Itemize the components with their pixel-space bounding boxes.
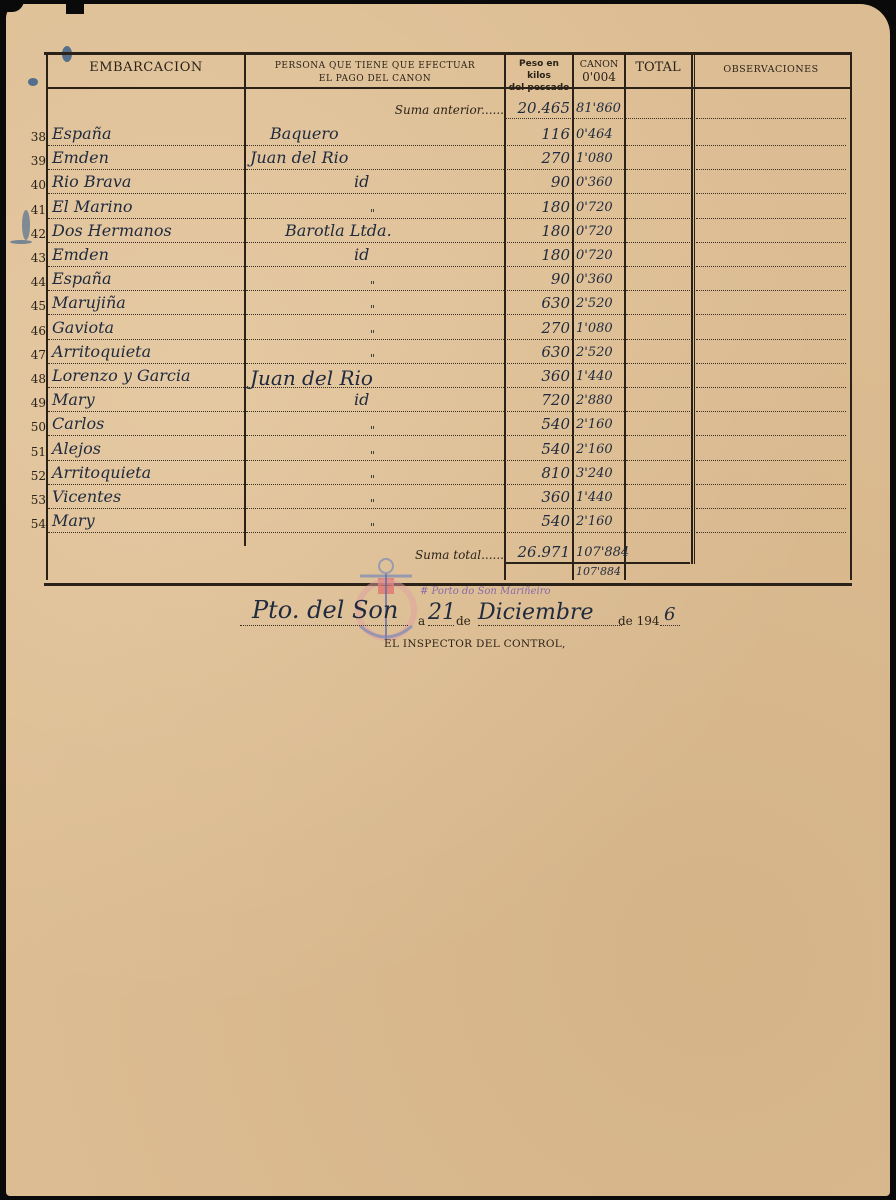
row-number: 54 xyxy=(26,517,46,531)
persona-cell: Baquero xyxy=(270,124,339,143)
row-line xyxy=(626,508,690,509)
row-number: 42 xyxy=(26,227,46,241)
row-line xyxy=(505,218,572,219)
signature-title: EL INSPECTOR DEL CONTROL, xyxy=(384,638,566,650)
row-line xyxy=(48,193,244,194)
peso-cell: 180 xyxy=(506,246,570,264)
embarcacion-cell: Dos Hermanos xyxy=(52,221,172,240)
row-number: 45 xyxy=(26,299,46,313)
canon-cell: 1'440 xyxy=(574,490,626,505)
row-line xyxy=(48,290,244,291)
row-line xyxy=(246,193,504,194)
row-line xyxy=(626,266,690,267)
row-line xyxy=(505,169,572,170)
embarcacion-cell: España xyxy=(52,269,112,288)
row-line xyxy=(48,363,244,364)
day-handwritten: 21 xyxy=(428,600,456,625)
place-handwritten: Pto. del Son xyxy=(252,596,398,624)
row-line xyxy=(48,484,244,485)
row-line xyxy=(505,508,572,509)
row-line xyxy=(246,314,504,315)
row-number: 38 xyxy=(26,130,46,144)
embarcacion-cell: Lorenzo y Garcia xyxy=(52,366,191,385)
row-line xyxy=(696,484,846,485)
embarcacion-cell: Mary xyxy=(52,390,95,409)
row-line xyxy=(573,218,624,219)
peso-cell: 180 xyxy=(506,222,570,240)
persona-cell: id xyxy=(354,245,369,264)
row-line xyxy=(626,242,690,243)
row-line xyxy=(246,290,504,291)
row-line xyxy=(626,387,690,388)
peso-cell: 540 xyxy=(506,512,570,530)
header-persona-line2: EL PAGO DEL CANON xyxy=(246,73,504,86)
header-canon: CANON 0'004 xyxy=(574,58,624,84)
row-line xyxy=(48,145,244,146)
month-handwritten: Diciembre xyxy=(478,600,594,625)
row-line xyxy=(246,532,504,533)
canon-cell: 2'160 xyxy=(574,417,626,432)
row-number: 41 xyxy=(26,203,46,217)
ink-blot xyxy=(28,78,38,86)
row-line xyxy=(626,339,690,340)
peso-cell: 360 xyxy=(506,488,570,506)
row-line xyxy=(626,363,690,364)
row-line xyxy=(505,363,572,364)
row-line xyxy=(246,218,504,219)
peso-cell: 270 xyxy=(506,149,570,167)
row-line xyxy=(626,290,690,291)
embarcacion-cell: Carlos xyxy=(52,414,104,433)
row-line xyxy=(573,484,624,485)
row-line xyxy=(48,532,244,533)
col-rule xyxy=(691,54,693,564)
row-line xyxy=(505,484,572,485)
persona-cell: id xyxy=(354,172,369,191)
row-line xyxy=(246,169,504,170)
peso-cell: 540 xyxy=(506,440,570,458)
row-line xyxy=(573,387,624,388)
canon-cell: 2'520 xyxy=(574,345,626,360)
canon-cell: 0'720 xyxy=(574,248,626,263)
canon-cell: 1'080 xyxy=(574,151,626,166)
peso-cell: 810 xyxy=(506,464,570,482)
row-line xyxy=(573,266,624,267)
total-rule xyxy=(574,562,624,564)
peso-cell: 540 xyxy=(506,415,570,433)
header-persona: PERSONA QUE TIENE QUE EFECTUAR EL PAGO D… xyxy=(246,60,504,86)
canon-final-total: 107'884 xyxy=(574,565,626,578)
row-line xyxy=(505,532,572,533)
row-line xyxy=(246,363,504,364)
row-line xyxy=(696,290,846,291)
row-line xyxy=(246,460,504,461)
row-line xyxy=(626,145,690,146)
row-line xyxy=(696,193,846,194)
row-line xyxy=(246,411,504,412)
embarcacion-cell: Gaviota xyxy=(52,318,114,337)
peso-cell: 630 xyxy=(506,343,570,361)
row-line xyxy=(573,290,624,291)
row-line xyxy=(626,532,690,533)
row-line xyxy=(48,411,244,412)
header-peso-line2: del pescado xyxy=(506,82,572,94)
row-line xyxy=(573,508,624,509)
col-rule xyxy=(46,54,48,580)
row-number: 53 xyxy=(26,493,46,507)
peso-cell: 270 xyxy=(506,319,570,337)
persona-cell: id xyxy=(354,390,369,409)
canon-cell: 1'080 xyxy=(574,321,626,336)
row-line xyxy=(505,435,572,436)
row-line xyxy=(505,193,572,194)
row-line xyxy=(573,314,624,315)
row-line xyxy=(696,339,846,340)
row-line xyxy=(505,460,572,461)
row-line xyxy=(696,314,846,315)
row-line xyxy=(573,193,624,194)
paper-notch xyxy=(66,0,84,14)
row-number: 47 xyxy=(26,348,46,362)
peso-cell: 90 xyxy=(506,173,570,191)
row-line xyxy=(48,218,244,219)
canon-cell: 0'360 xyxy=(574,175,626,190)
row-line xyxy=(48,339,244,340)
row-line xyxy=(696,169,846,170)
header-embarcacion: EMBARCACION xyxy=(48,60,244,75)
row-line xyxy=(696,363,846,364)
row-line xyxy=(246,339,504,340)
row-line xyxy=(48,508,244,509)
suma-anterior-canon: 81'860 xyxy=(574,101,626,116)
row-line xyxy=(626,435,690,436)
row-line xyxy=(696,218,846,219)
embarcacion-cell: Arritoquieta xyxy=(52,342,151,361)
row-line xyxy=(48,460,244,461)
embarcacion-cell: Mary xyxy=(52,511,95,530)
row-number: 44 xyxy=(26,275,46,289)
header-peso-line1: Peso en kilos xyxy=(506,58,572,82)
row-number: 40 xyxy=(26,178,46,192)
year-line xyxy=(660,625,680,626)
suma-anterior-label: Suma anterior...... xyxy=(300,103,504,117)
row-line xyxy=(696,145,846,146)
row-line xyxy=(573,460,624,461)
row-line xyxy=(626,169,690,170)
row-line xyxy=(246,266,504,267)
row-line xyxy=(505,314,572,315)
canon-cell: 2'160 xyxy=(574,514,626,529)
peso-cell: 180 xyxy=(506,198,570,216)
footer-de1: de xyxy=(456,614,471,628)
row-line xyxy=(505,411,572,412)
embarcacion-cell: Marujiña xyxy=(52,293,126,312)
row-line xyxy=(626,314,690,315)
row-line xyxy=(246,508,504,509)
total-rule xyxy=(506,562,572,564)
day-line xyxy=(428,625,454,626)
canon-cell: 0'464 xyxy=(574,127,626,142)
row-line xyxy=(48,435,244,436)
row-line xyxy=(573,339,624,340)
row-line xyxy=(573,169,624,170)
row-line xyxy=(48,242,244,243)
canon-cell: 2'880 xyxy=(574,393,626,408)
row-number: 49 xyxy=(26,396,46,410)
header-observaciones: OBSERVACIONES xyxy=(694,64,848,75)
row-line xyxy=(696,460,846,461)
peso-cell: 116 xyxy=(506,125,570,143)
row-number: 50 xyxy=(26,420,46,434)
col-rule xyxy=(694,54,695,564)
header-total: TOTAL xyxy=(626,60,690,75)
header-canon-line2: 0'004 xyxy=(574,71,624,84)
suma-anterior-peso: 20.465 xyxy=(506,99,570,117)
canon-cell: 0'720 xyxy=(574,224,626,239)
stamp-text: # Porto do Son Mariñeiro xyxy=(420,586,551,597)
row-number: 43 xyxy=(26,251,46,265)
embarcacion-cell: España xyxy=(52,124,112,143)
row-line xyxy=(573,145,624,146)
row-line xyxy=(626,411,690,412)
embarcacion-cell: Arritoquieta xyxy=(52,463,151,482)
embarcacion-cell: Alejos xyxy=(52,439,101,458)
canon-cell: 3'240 xyxy=(574,466,626,481)
row-number: 52 xyxy=(26,469,46,483)
row-line xyxy=(505,339,572,340)
row-line xyxy=(505,387,572,388)
row-line xyxy=(626,484,690,485)
row-number: 46 xyxy=(26,324,46,338)
row-line xyxy=(696,508,846,509)
canon-cell: 0'720 xyxy=(574,200,626,215)
row-line xyxy=(246,145,504,146)
col-rule xyxy=(850,54,852,580)
row-line xyxy=(505,118,691,119)
row-line xyxy=(573,532,624,533)
row-line xyxy=(696,118,846,119)
row-line xyxy=(626,218,690,219)
peso-cell: 630 xyxy=(506,294,570,312)
header-peso: Peso en kilos del pescado xyxy=(506,58,572,94)
row-number: 39 xyxy=(26,154,46,168)
persona-cell: Juan del Rio xyxy=(250,148,348,167)
embarcacion-cell: Emden xyxy=(52,245,109,264)
header-persona-line1: PERSONA QUE TIENE QUE EFECTUAR xyxy=(246,60,504,73)
row-line xyxy=(48,266,244,267)
row-line xyxy=(246,435,504,436)
peso-cell: 360 xyxy=(506,367,570,385)
row-line xyxy=(573,411,624,412)
row-line xyxy=(246,387,504,388)
row-line xyxy=(48,169,244,170)
row-line xyxy=(696,242,846,243)
canon-cell: 2'160 xyxy=(574,442,626,457)
row-line xyxy=(696,532,846,533)
embarcacion-cell: Rio Brava xyxy=(52,172,131,191)
row-line xyxy=(573,363,624,364)
peso-cell: 720 xyxy=(506,391,570,409)
row-line xyxy=(48,387,244,388)
row-line xyxy=(573,242,624,243)
row-line xyxy=(505,266,572,267)
row-number: 48 xyxy=(26,372,46,386)
canon-table xyxy=(44,52,852,586)
row-line xyxy=(696,266,846,267)
canon-cell: 1'440 xyxy=(574,369,626,384)
row-line xyxy=(696,387,846,388)
col-rule xyxy=(244,54,246,546)
place-line xyxy=(240,625,408,626)
row-line xyxy=(626,460,690,461)
header-rule xyxy=(48,87,850,89)
canon-cell: 0'360 xyxy=(574,272,626,287)
row-line xyxy=(246,242,504,243)
row-line xyxy=(48,314,244,315)
row-line xyxy=(626,193,690,194)
suma-total-canon: 107'884 xyxy=(574,545,626,560)
row-line xyxy=(696,435,846,436)
peso-cell: 90 xyxy=(506,270,570,288)
row-line xyxy=(505,242,572,243)
year-digit-handwritten: 6 xyxy=(664,604,675,625)
row-line xyxy=(696,411,846,412)
row-line xyxy=(573,435,624,436)
row-line xyxy=(505,145,572,146)
row-line xyxy=(505,290,572,291)
suma-total-peso: 26.971 xyxy=(506,543,570,561)
row-number: 51 xyxy=(26,445,46,459)
embarcacion-cell: Emden xyxy=(52,148,109,167)
embarcacion-cell: El Marino xyxy=(52,197,133,216)
month-line xyxy=(478,625,622,626)
persona-cell: Barotla Ltda. xyxy=(285,221,392,240)
footer-de2: de 194 xyxy=(618,614,660,628)
canon-cell: 2'520 xyxy=(574,296,626,311)
footer-a: a xyxy=(418,614,425,628)
row-line xyxy=(246,484,504,485)
embarcacion-cell: Vicentes xyxy=(52,487,121,506)
total-rule xyxy=(626,562,690,564)
